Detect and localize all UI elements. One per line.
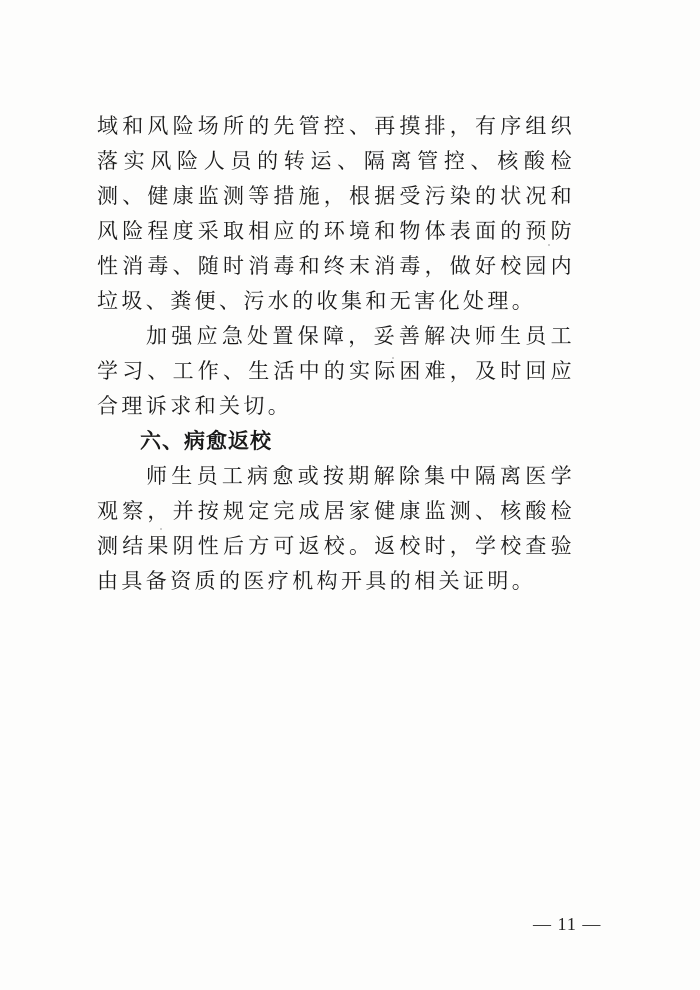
page-number: — 11 — (533, 914, 601, 935)
paragraph-emergency-support: 加强应急处置保障，妥善解决师生员工学习、工作、生活中的实际困难，及时回应合理诉求… (97, 319, 575, 424)
scan-speck (160, 528, 162, 530)
section-heading-return-to-school: 六、病愈返校 (97, 424, 575, 459)
paragraph-return-requirements: 师生员工病愈或按期解除集中隔离医学观察，并按规定完成居家健康监测、核酸检测结果阴… (97, 459, 575, 599)
scan-speck (392, 357, 394, 359)
document-page: 域和风险场所的先管控、再摸排，有序组织落实风险人员的转运、隔离管控、核酸检测、健… (0, 0, 700, 990)
paragraph-continued-disinfection: 域和风险场所的先管控、再摸排，有序组织落实风险人员的转运、隔离管控、核酸检测、健… (97, 109, 575, 319)
scan-speck (548, 244, 550, 246)
document-body: 域和风险场所的先管控、再摸排，有序组织落实风险人员的转运、隔离管控、核酸检测、健… (97, 109, 575, 599)
